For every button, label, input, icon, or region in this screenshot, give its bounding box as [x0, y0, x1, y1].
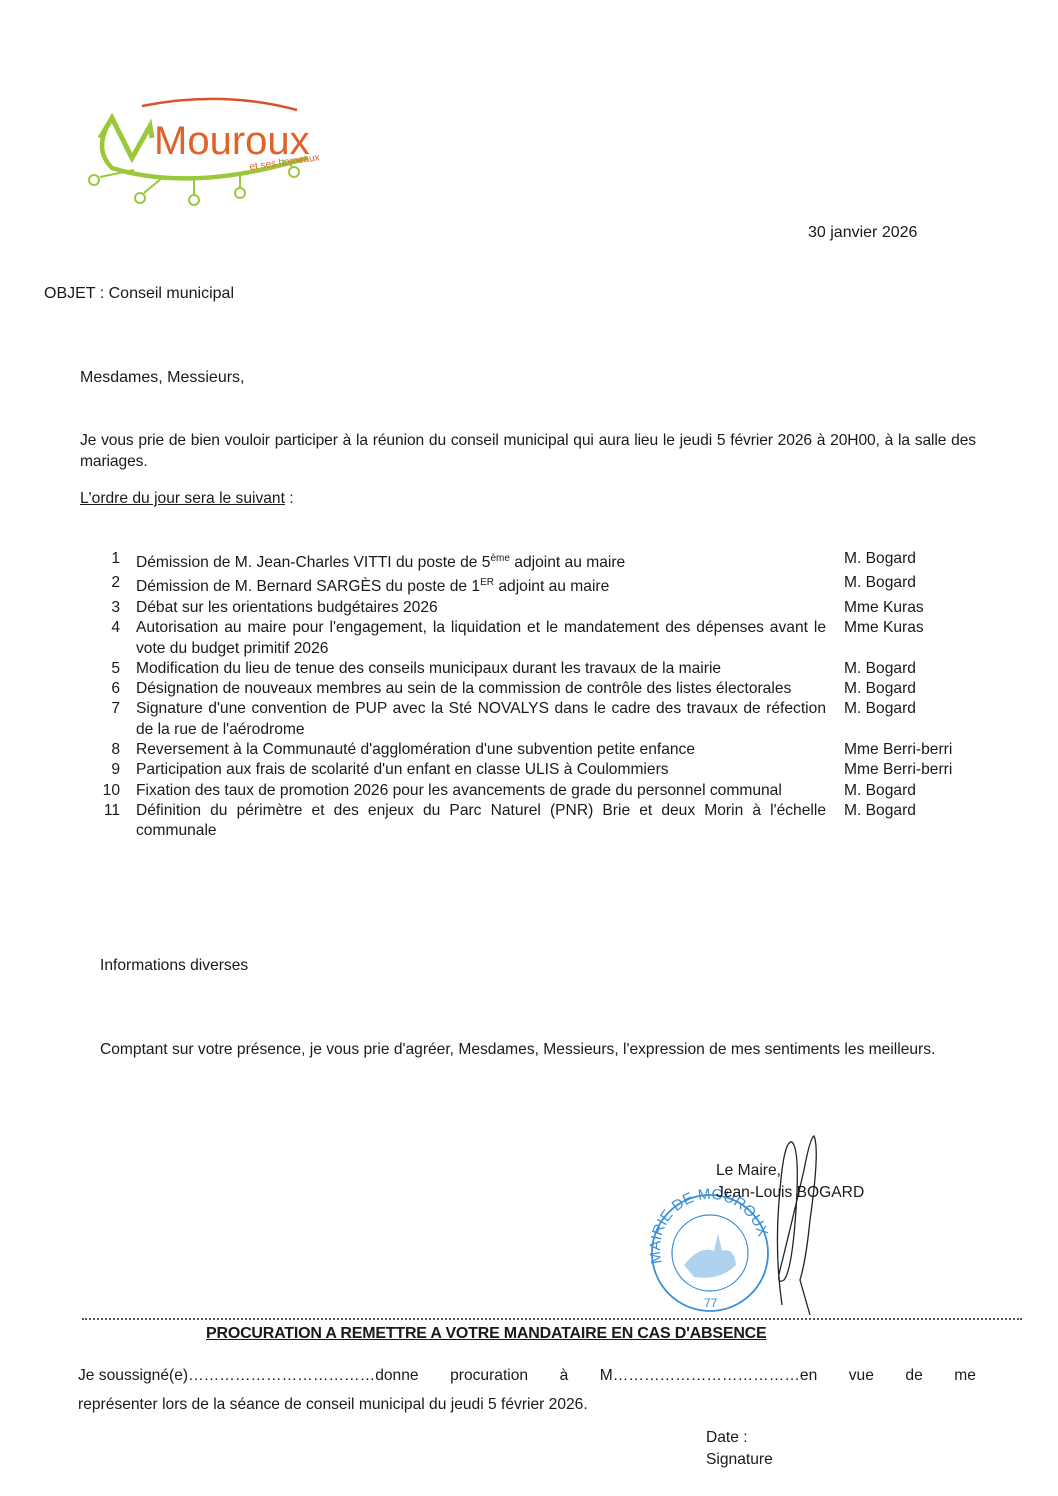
signatory-name: Jean-Louis BOGARD: [716, 1182, 864, 1204]
agenda-item-number: 4: [90, 618, 136, 659]
agenda-item: 7Signature d'une convention de PUP avec …: [90, 699, 980, 740]
agenda-item-number: 7: [90, 699, 136, 740]
agenda-item-presenter: Mme Kuras: [844, 598, 924, 618]
agenda-item-text: Reversement à la Communauté d'agglomérat…: [136, 740, 826, 760]
agenda-heading-label: L'ordre du jour sera le suivant: [80, 490, 285, 507]
mairie-stamp: MAIRIE DE MOUROUX 77: [640, 1185, 780, 1315]
handwritten-signature: [770, 1130, 830, 1320]
agenda-item: 5Modification du lieu de tenue des conse…: [90, 659, 980, 679]
agenda-item-number: 1: [90, 549, 136, 573]
mouroux-logo: Mouroux et ses hameaux: [72, 88, 352, 218]
agenda-item-presenter: M. Bogard: [844, 801, 916, 842]
agenda-item-number: 10: [90, 781, 136, 801]
agenda-item-number: 9: [90, 760, 136, 780]
agenda-item-presenter: M. Bogard: [844, 699, 916, 740]
procuration-line-1: Je soussigné(e)………………………………donne procura…: [78, 1367, 976, 1385]
agenda-item-presenter: Mme Kuras: [844, 618, 924, 659]
agenda-item-text: Participation aux frais de scolarité d'u…: [136, 760, 826, 780]
signatory-title: Le Maire,: [716, 1160, 864, 1182]
agenda-item: 1Démission de M. Jean-Charles VITTI du p…: [90, 549, 980, 573]
cut-line-divider: [82, 1318, 1022, 1320]
agenda-item-presenter: Mme Berri-berri: [844, 760, 952, 780]
agenda-item-text: Démission de M. Jean-Charles VITTI du po…: [136, 549, 826, 573]
agenda-item: 6Désignation de nouveaux membres au sein…: [90, 679, 980, 699]
agenda-item: 11Définition du périmètre et des enjeux …: [90, 801, 980, 842]
agenda-item-number: 11: [90, 801, 136, 842]
salutation: Mesdames, Messieurs,: [80, 369, 245, 387]
agenda-list: 1Démission de M. Jean-Charles VITTI du p…: [90, 549, 980, 842]
procuration-line-2: représenter lors de la séance de conseil…: [78, 1396, 588, 1414]
agenda-item-presenter: M. Bogard: [844, 679, 916, 699]
agenda-item-number: 3: [90, 598, 136, 618]
date-label: Date :: [706, 1427, 773, 1449]
agenda-item-presenter: Mme Berri-berri: [844, 740, 952, 760]
letter-date: 30 janvier 2026: [808, 224, 917, 242]
closing-paragraph: Comptant sur votre présence, je vous pri…: [100, 1039, 996, 1060]
agenda-item: 9Participation aux frais de scolarité d'…: [90, 760, 980, 780]
agenda-item: 8Reversement à la Communauté d'aggloméra…: [90, 740, 980, 760]
agenda-item: 10Fixation des taux de promotion 2026 po…: [90, 781, 980, 801]
agenda-item-presenter: M. Bogard: [844, 781, 916, 801]
agenda-item: 3Débat sur les orientations budgétaires …: [90, 598, 980, 618]
letter-subject: OBJET : Conseil municipal: [44, 285, 234, 303]
agenda-item-number: 6: [90, 679, 136, 699]
informations-diverses: Informations diverses: [100, 957, 248, 975]
signatory-block: Le Maire, Jean-Louis BOGARD: [716, 1160, 864, 1204]
agenda-item-text: Fixation des taux de promotion 2026 pour…: [136, 781, 826, 801]
agenda-item: 2Démission de M. Bernard SARGÈS du poste…: [90, 573, 980, 597]
agenda-item-number: 5: [90, 659, 136, 679]
agenda-item-text: Signature d'une convention de PUP avec l…: [136, 699, 826, 740]
agenda-item-text: Modification du lieu de tenue des consei…: [136, 659, 826, 679]
agenda-item-text: Démission de M. Bernard SARGÈS du poste …: [136, 573, 826, 597]
agenda-item-presenter: M. Bogard: [844, 549, 916, 573]
signature-label: Signature: [706, 1449, 773, 1471]
agenda-item-number: 2: [90, 573, 136, 597]
agenda-item-text: Désignation de nouveaux membres au sein …: [136, 679, 826, 699]
procuration-title: PROCURATION A REMETTRE A VOTRE MANDATAIR…: [206, 1325, 767, 1343]
intro-paragraph: Je vous prie de bien vouloir participer …: [80, 430, 976, 472]
logo-graphic: Mouroux et ses hameaux: [72, 88, 352, 218]
agenda-item-text: Débat sur les orientations budgétaires 2…: [136, 598, 826, 618]
date-signature-block: Date : Signature: [706, 1427, 773, 1471]
agenda-item-text: Autorisation au maire pour l'engagement,…: [136, 618, 826, 659]
agenda-item-presenter: M. Bogard: [844, 659, 916, 679]
agenda-item-number: 8: [90, 740, 136, 760]
agenda-heading: L'ordre du jour sera le suivant :: [80, 490, 294, 508]
svg-text:77: 77: [704, 1296, 718, 1310]
agenda-item: 4Autorisation au maire pour l'engagement…: [90, 618, 980, 659]
agenda-item-text: Définition du périmètre et des enjeux du…: [136, 801, 826, 842]
agenda-item-presenter: M. Bogard: [844, 573, 916, 597]
